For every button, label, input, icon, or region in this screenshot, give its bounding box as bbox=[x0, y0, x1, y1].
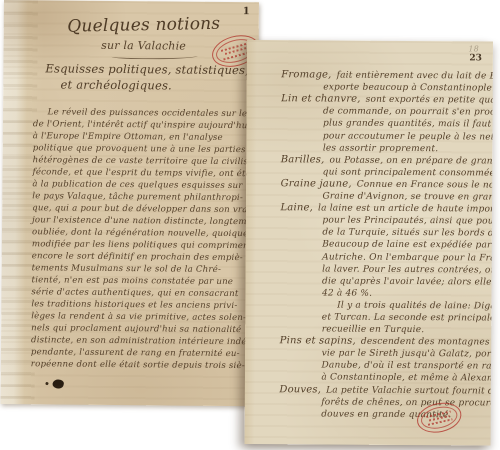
entry-text: la laver. Pour les autres contrées, on n… bbox=[322, 264, 493, 275]
entry-term: Lin et chanvre, bbox=[281, 93, 361, 106]
manuscript-page-left: 1 Quelques notions sur la Valachie Esqui… bbox=[0, 0, 259, 406]
manuscript-page-right: 18 23 Fromage,fait entièrement avec du l… bbox=[245, 40, 493, 445]
entry-text: die qu'après l'avoir lavée; alors elle p… bbox=[322, 276, 493, 287]
export-goods-list: Fromage,fait entièrement avec du lait de… bbox=[255, 57, 493, 409]
entry-text: Il y a trois qualités de laine: Digaï, S… bbox=[322, 300, 493, 311]
entry-term: Laine, bbox=[280, 202, 313, 214]
entry-term: Douves, bbox=[279, 384, 321, 396]
entry-text: exporte beaucoup à Constantinople. bbox=[323, 83, 493, 94]
manuscript-subtitle-line2: et archéologiques. bbox=[0, 77, 241, 93]
pencil-note: 18 bbox=[468, 44, 479, 53]
entry-text: les assortir proprement. bbox=[323, 143, 439, 154]
entry-text: descendent des montagnes de la Molda- bbox=[361, 337, 493, 348]
entry-text: la laine est un article de haute importa… bbox=[318, 204, 493, 215]
manuscript-title: Quelques notions bbox=[18, 13, 259, 38]
entry-text: forêts de chênes, on peut se procurer de… bbox=[321, 397, 493, 408]
entry-text: La petite Valachie surtout fournit de be… bbox=[326, 385, 493, 396]
entry-text: Autriche. On l'embarque pour la France s… bbox=[322, 252, 493, 263]
title-underline-flourish bbox=[111, 53, 197, 60]
entry-text: vie par le Sireth jusqu'à Galatz, port d… bbox=[322, 349, 493, 360]
entry-text: de la Turquie, situés sur les bords du D… bbox=[322, 228, 493, 239]
photograph-of-manuscript: 1 Quelques notions sur la Valachie Esqui… bbox=[0, 0, 500, 450]
entry-text: 42 à 46 %. bbox=[322, 288, 372, 298]
entry-term: Barilles, bbox=[281, 154, 325, 166]
entry-text: pour accoutumer le peuple à les nettoyer… bbox=[323, 131, 493, 142]
entry-text: Graine d'Avignon, se trouve en grande qu… bbox=[323, 191, 493, 202]
entry-text: et Turcan. La seconde est principalement bbox=[322, 312, 493, 323]
handwritten-line: ropéenne dont elle était sortie depuis t… bbox=[31, 358, 259, 372]
entry-term: Pins et sapins, bbox=[280, 335, 356, 348]
entry-text: pour les Principautés, ainsi que pour le… bbox=[322, 216, 493, 227]
entry-text: de commande, on pourrait s'en procurer e… bbox=[323, 107, 493, 118]
entry-text: plus grandes quantités, mais il faut du … bbox=[323, 119, 493, 130]
left-page-body-text: Le réveil des puissances occidentales su… bbox=[31, 106, 259, 372]
entry-text: ou Potasse, on en prépare de grandes qua… bbox=[329, 155, 493, 166]
entry-text: fait entièrement avec du lait de Brebis,… bbox=[337, 71, 493, 82]
entry-term: Fromage, bbox=[281, 69, 331, 81]
entry-text: qui sont principalement consommées en Tu… bbox=[323, 167, 493, 178]
entry-text: recueillie en Turquie. bbox=[322, 325, 425, 336]
entry-text: sont exportés en petite quantité, faute bbox=[366, 95, 493, 106]
entry-text: Connue en France sous le nom de bbox=[357, 180, 493, 191]
entry-text: Danube, d'où il est transporté en radeau… bbox=[321, 361, 493, 372]
ink-blot bbox=[52, 378, 65, 389]
entry-term: Graine jaune, bbox=[281, 178, 352, 191]
entry-text: Beaucoup de laine est expédiée par terre… bbox=[322, 240, 493, 251]
handwritten-line: Fromage,fait entièrement avec du lait de… bbox=[257, 57, 493, 71]
entry-text: à Constantinople, et même à Alexandrie. bbox=[321, 373, 493, 384]
